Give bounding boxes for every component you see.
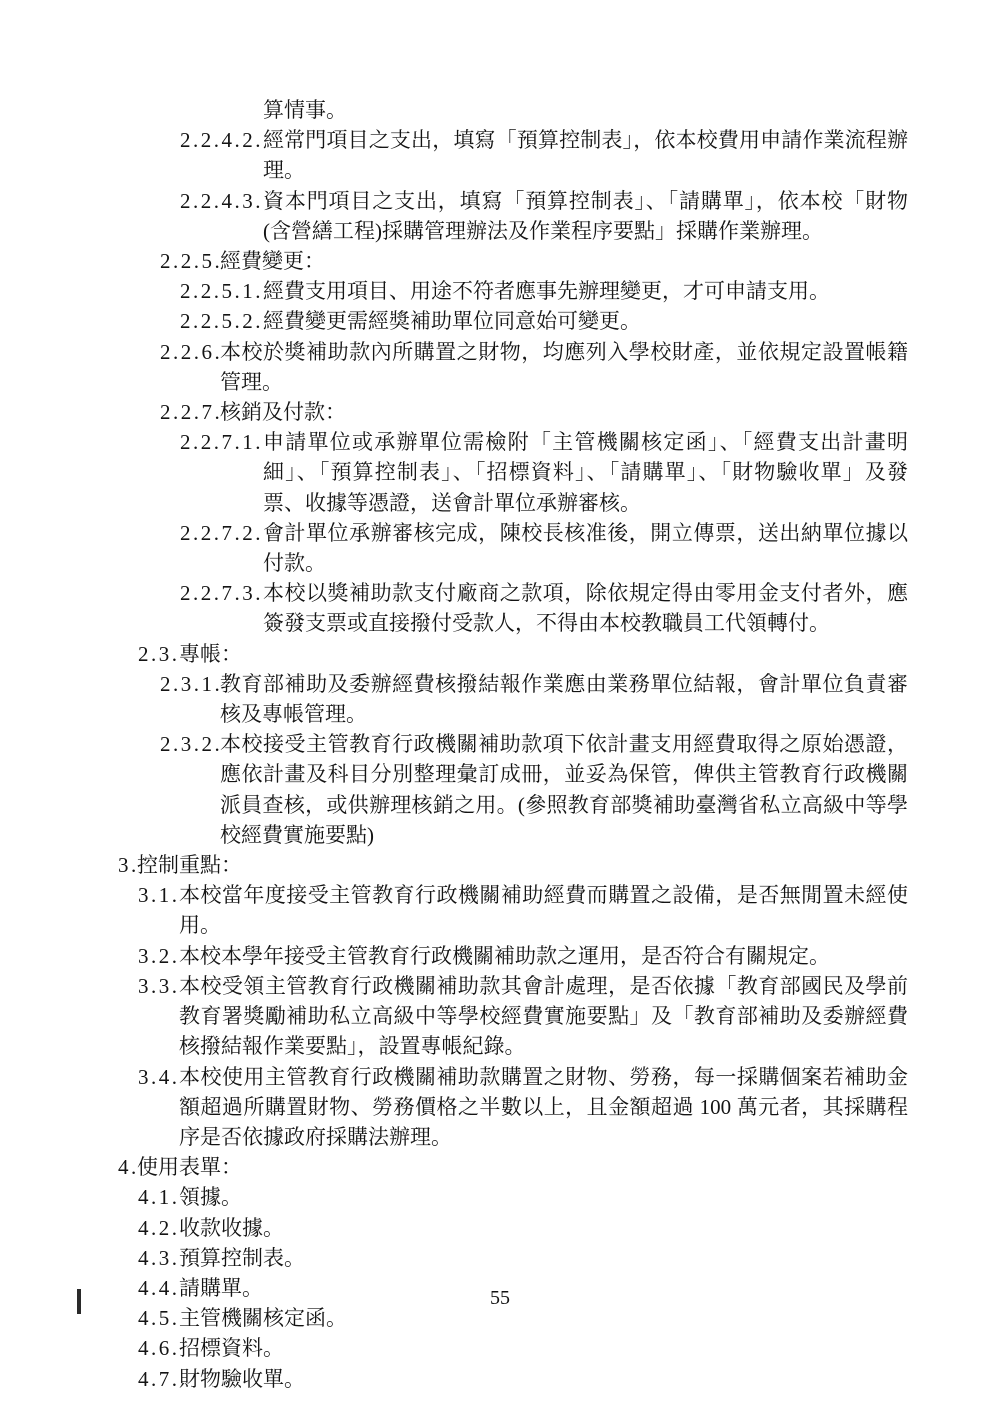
list-item: 2.2.4.3.資本門項目之支出，填寫「預算控制表」、「請購單」，依本校「財物(… <box>263 186 908 246</box>
item-number: 4.1. <box>138 1182 180 1212</box>
list-item: 2.2.5.2.經費變更需經獎補助單位同意始可變更。 <box>263 306 908 336</box>
item-number: 4. <box>118 1152 139 1182</box>
item-number: 2.2.6. <box>160 337 222 367</box>
page-number: 55 <box>0 1286 1000 1310</box>
item-number: 2.3. <box>138 639 180 669</box>
item-text: 本校本學年接受主管教育行政機關補助款之運用，是否符合有關規定。 <box>179 944 830 968</box>
item-number: 2.2.5.2. <box>180 306 263 336</box>
item-text: 算情事。 <box>263 98 347 122</box>
item-number: 2.3.1. <box>160 669 222 699</box>
item-number: 3.1. <box>138 880 180 910</box>
item-text: 本校以獎補助款支付廠商之款項，除依規定得由零用金支付者外，應簽發支票或直接撥付受… <box>263 581 908 635</box>
item-text: 會計單位承辦審核完成，陳校長核准後，開立傳票，送出納單位據以付款。 <box>263 521 908 575</box>
revision-change-bar <box>77 1289 81 1314</box>
list-item: 4.1.領據。 <box>179 1182 908 1212</box>
item-number: 4.7. <box>138 1364 180 1394</box>
item-text: 控制重點： <box>137 853 242 877</box>
item-text: 專帳： <box>179 642 242 666</box>
item-text: 本校受領主管教育行政機關補助款其會計處理，是否依據「教育部國民及學前教育署獎勵補… <box>179 974 908 1058</box>
item-number: 3. <box>118 850 139 880</box>
item-text: 本校接受主管教育行政機關補助款項下依計畫支用經費取得之原始憑證，應依計畫及科目分… <box>220 732 908 847</box>
list-item: 3.2.本校本學年接受主管教育行政機關補助款之運用，是否符合有關規定。 <box>179 941 908 971</box>
list-item: 2.2.4.2.經常門項目之支出，填寫「預算控制表」，依本校費用申請作業流程辦理… <box>263 125 908 185</box>
item-number: 2.2.5.1. <box>180 276 263 306</box>
item-number: 3.2. <box>138 941 180 971</box>
item-text: 本校使用主管教育行政機關補助款購置之財物、勞務，每一採購個案若補助金額超過所購置… <box>179 1065 908 1149</box>
item-text: 經費支用項目、用途不符者應事先辦理變更，才可申請支用。 <box>263 279 830 303</box>
item-number: 3.4. <box>138 1062 180 1092</box>
item-number: 2.2.7. <box>160 397 222 427</box>
list-item: 2.2.7.1.申請單位或承辦單位需檢附「主管機關核定函」、「經費支出計畫明細」… <box>263 427 908 518</box>
item-number: 2.2.4.3. <box>180 186 263 216</box>
item-text: 經常門項目之支出，填寫「預算控制表」，依本校費用申請作業流程辦理。 <box>263 128 908 182</box>
item-text: 本校當年度接受主管教育行政機關補助經費而購置之設備，是否無閒置未經使用。 <box>179 883 908 937</box>
list-item: 2.2.5.1.經費支用項目、用途不符者應事先辦理變更，才可申請支用。 <box>263 276 908 306</box>
item-text: 經費變更需經獎補助單位同意始可變更。 <box>263 309 641 333</box>
list-item: 4.6.招標資料。 <box>179 1333 908 1363</box>
list-item: 2.2.6.本校於獎補助款內所購置之財物，均應列入學校財產，並依規定設置帳籍管理… <box>220 337 908 397</box>
item-text: 本校於獎補助款內所購置之財物，均應列入學校財產，並依規定設置帳籍管理。 <box>220 340 908 394</box>
list-item: 4.7.財物驗收單。 <box>179 1364 908 1394</box>
list-item: 算情事。 <box>263 95 908 125</box>
item-text: 領據。 <box>179 1185 242 1209</box>
item-text: 財物驗收單。 <box>179 1367 305 1391</box>
item-text: 收款收據。 <box>179 1216 284 1240</box>
item-number: 4.6. <box>138 1333 180 1363</box>
document-page: 算情事。2.2.4.2.經常門項目之支出，填寫「預算控制表」，依本校費用申請作業… <box>0 0 1000 1415</box>
list-item: 4.3.預算控制表。 <box>179 1243 908 1273</box>
item-text: 教育部補助及委辦經費核撥結報作業應由業務單位結報，會計單位負責審核及專帳管理。 <box>220 672 908 726</box>
item-text: 核銷及付款： <box>220 400 346 424</box>
list-item: 3.1.本校當年度接受主管教育行政機關補助經費而購置之設備，是否無閒置未經使用。 <box>179 880 908 940</box>
list-item: 2.3.專帳： <box>179 639 908 669</box>
list-item: 2.2.7.3.本校以獎補助款支付廠商之款項，除依規定得由零用金支付者外，應簽發… <box>263 578 908 638</box>
item-text: 經費變更： <box>220 249 325 273</box>
item-number: 3.3. <box>138 971 180 1001</box>
list-item: 3.4.本校使用主管教育行政機關補助款購置之財物、勞務，每一採購個案若補助金額超… <box>179 1062 908 1153</box>
list-item: 2.2.7.2.會計單位承辦審核完成，陳校長核准後，開立傳票，送出納單位據以付款… <box>263 518 908 578</box>
item-text: 招標資料。 <box>179 1336 284 1360</box>
list-item: 4.使用表單： <box>137 1152 908 1182</box>
item-text: 資本門項目之支出，填寫「預算控制表」、「請購單」，依本校「財物(含營繕工程)採購… <box>263 189 908 243</box>
item-number: 2.3.2. <box>160 729 222 759</box>
item-number: 2.2.5. <box>160 246 222 276</box>
item-text: 申請單位或承辦單位需檢附「主管機關核定函」、「經費支出計畫明細」、「預算控制表」… <box>263 430 908 514</box>
list-item: 2.2.5.經費變更： <box>220 246 908 276</box>
list-item: 2.3.2.本校接受主管教育行政機關補助款項下依計畫支用經費取得之原始憑證，應依… <box>220 729 908 850</box>
item-number: 2.2.7.2. <box>180 518 263 548</box>
list-item: 3.控制重點： <box>137 850 908 880</box>
item-number: 4.3. <box>138 1243 180 1273</box>
item-number: 2.2.7.3. <box>180 578 263 608</box>
item-text: 使用表單： <box>137 1155 242 1179</box>
list-item: 3.3.本校受領主管教育行政機關補助款其會計處理，是否依據「教育部國民及學前教育… <box>179 971 908 1062</box>
document-body: 算情事。2.2.4.2.經常門項目之支出，填寫「預算控制表」，依本校費用申請作業… <box>0 95 908 1394</box>
item-number: 2.2.4.2. <box>180 125 263 155</box>
item-text: 預算控制表。 <box>179 1246 305 1270</box>
list-item: 2.2.7.核銷及付款： <box>220 397 908 427</box>
item-number: 4.2. <box>138 1213 180 1243</box>
list-item: 2.3.1.教育部補助及委辦經費核撥結報作業應由業務單位結報，會計單位負責審核及… <box>220 669 908 729</box>
item-number: 2.2.7.1. <box>180 427 263 457</box>
list-item: 4.2.收款收據。 <box>179 1213 908 1243</box>
